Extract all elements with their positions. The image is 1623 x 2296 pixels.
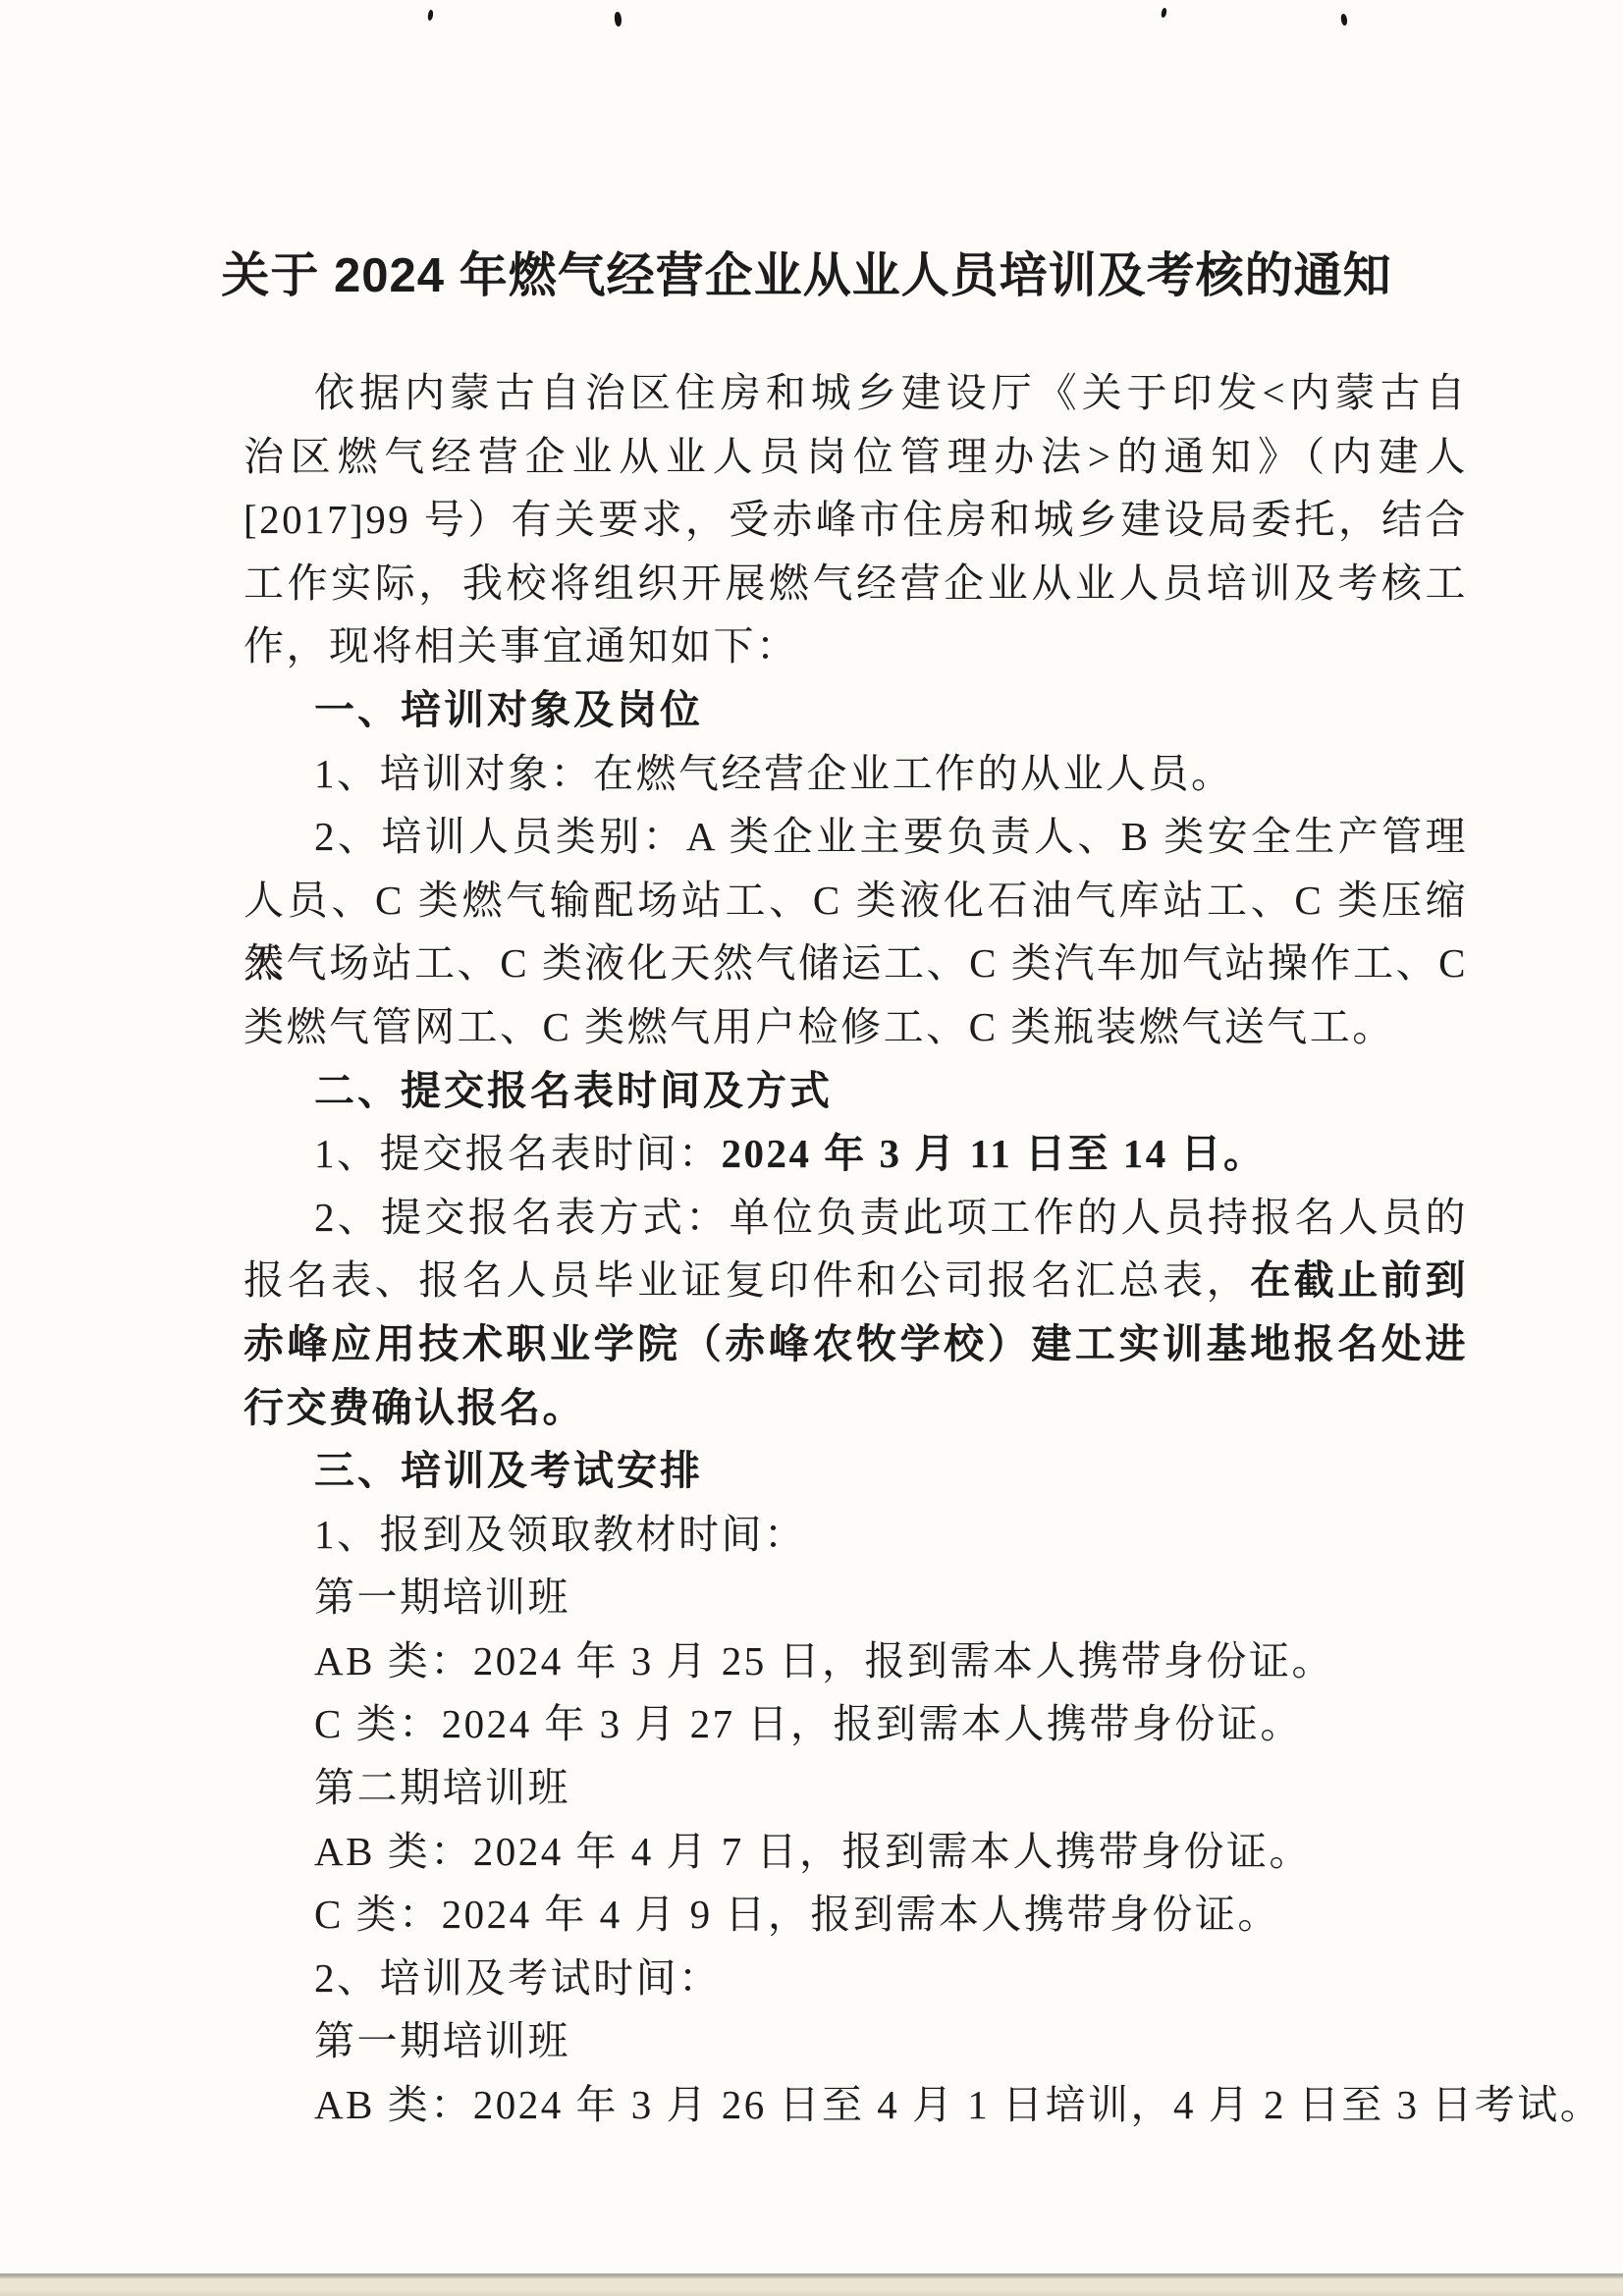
text-segment: 作，现将相关事宜通知如下：	[243, 623, 799, 668]
text-line-16: 赤峰应用技术职业学院（赤峰农牧学校）建工实训基地报名处进	[243, 1312, 1468, 1376]
text-segment: 行交费确认报名。	[243, 1385, 585, 1430]
text-line-17: 行交费确认报名。	[243, 1376, 1468, 1440]
text-line-18: 三、培训及考试安排	[243, 1439, 1468, 1503]
text-line-13: 1、提交报名表时间：2024 年 3 月 11 日至 14 日。	[243, 1122, 1468, 1186]
document-content: 关于 2024 年燃气经营企业从业人员培训及考核的通知 依据内蒙古自治区住房和城…	[0, 0, 1623, 2137]
text-segment: 一、培训对象及岗位	[314, 687, 703, 732]
document-body: 依据内蒙古自治区住房和城乡建设厅《关于印发<内蒙古自治区燃气经营企业从业人员岗位…	[243, 361, 1468, 2137]
text-segment: 1、报到及领取教材时间：	[314, 1512, 807, 1557]
text-segment: 工作实际，我校将组织开展燃气经营企业从业人员培训及考核工	[243, 561, 1468, 606]
text-line-8: 2、培训人员类别：A 类企业主要负责人、B 类安全生产管理	[243, 805, 1468, 869]
text-segment: 2、培训人员类别：A 类企业主要负责人、B 类安全生产管理	[314, 814, 1468, 859]
text-segment: 赤峰应用技术职业学院（赤峰农牧学校）建工实训基地报名处进	[243, 1321, 1468, 1366]
text-line-25: C 类：2024 年 4 月 9 日，报到需本人携带身份证。	[243, 1883, 1468, 1947]
text-segment: C 类：2024 年 3 月 27 日，报到需本人携带身份证。	[314, 1701, 1303, 1746]
text-line-3: [2017]99 号）有关要求，受赤峰市住房和城乡建设局委托，结合	[243, 488, 1468, 552]
text-line-14: 2、提交报名表方式：单位负责此项工作的人员持报名人员的	[243, 1186, 1468, 1250]
text-line-1: 依据内蒙古自治区住房和城乡建设厅《关于印发<内蒙古自	[243, 361, 1468, 425]
text-line-28: AB 类：2024 年 3 月 26 日至 4 月 1 日培训，4 月 2 日至…	[243, 2073, 1468, 2137]
text-line-23: 第二期培训班	[243, 1756, 1468, 1820]
text-segment: 类燃气管网工、C 类燃气用户检修工、C 类瓶装燃气送气工。	[243, 1004, 1395, 1049]
text-segment: 1、培训对象：在燃气经营企业工作的从业人员。	[314, 751, 1234, 796]
text-line-26: 2、培训及考试时间：	[243, 1947, 1468, 2010]
text-segment: 2、提交报名表方式：单位负责此项工作的人员持报名人员的	[314, 1195, 1468, 1240]
text-segment: 治区燃气经营企业从业人员岗位管理办法>的通知》（内建人	[243, 434, 1468, 479]
text-line-21: AB 类：2024 年 3 月 25 日，报到需本人携带身份证。	[243, 1629, 1468, 1693]
text-segment: 2、培训及考试时间：	[314, 1955, 722, 2001]
scanned-notice-page: 关于 2024 年燃气经营企业从业人员培训及考核的通知 依据内蒙古自治区住房和城…	[0, 0, 1623, 2296]
text-line-9: 人员、C 类燃气输配场站工、C 类液化石油气库站工、C 类压缩天	[243, 869, 1468, 933]
text-segment: C 类：2024 年 4 月 9 日，报到需本人携带身份证。	[314, 1892, 1280, 1937]
text-segment: 第一期培训班	[314, 2018, 570, 2063]
text-line-10: 然气场站工、C 类液化天然气储运工、C 类汽车加气站操作工、C	[243, 932, 1468, 995]
text-segment: 1、提交报名表时间：	[314, 1131, 722, 1176]
text-segment: 然气场站工、C 类液化天然气储运工、C 类汽车加气站操作工、C	[243, 940, 1468, 986]
text-line-24: AB 类：2024 年 4 月 7 日，报到需本人携带身份证。	[243, 1820, 1468, 1884]
text-line-11: 类燃气管网工、C 类燃气用户检修工、C 类瓶装燃气送气工。	[243, 995, 1468, 1059]
text-line-6: 一、培训对象及岗位	[243, 678, 1468, 742]
text-line-2: 治区燃气经营企业从业人员岗位管理办法>的通知》（内建人	[243, 425, 1468, 489]
text-segment: 在截止前到	[1250, 1257, 1468, 1303]
text-segment: AB 类：2024 年 3 月 25 日，报到需本人携带身份证。	[314, 1638, 1334, 1683]
text-segment: 报名表、报名人员毕业证复印件和公司报名汇总表，	[243, 1257, 1250, 1303]
text-segment: AB 类：2024 年 4 月 7 日，报到需本人携带身份证。	[314, 1829, 1312, 1874]
page-bottom-edge	[0, 2273, 1623, 2296]
text-line-27: 第一期培训班	[243, 2009, 1468, 2073]
text-segment: 二、提交报名表时间及方式	[314, 1068, 833, 1113]
text-segment: 2024 年 3 月 11 日至 14 日。	[722, 1131, 1267, 1176]
text-segment: 第一期培训班	[314, 1575, 570, 1620]
text-segment: 第二期培训班	[314, 1765, 570, 1810]
text-line-5: 作，现将相关事宜通知如下：	[243, 614, 1468, 678]
text-segment: AB 类：2024 年 3 月 26 日至 4 月 1 日培训，4 月 2 日至…	[314, 2082, 1602, 2127]
page-title: 关于 2024 年燃气经营企业从业人员培训及考核的通知	[194, 234, 1419, 318]
text-line-4: 工作实际，我校将组织开展燃气经营企业从业人员培训及考核工	[243, 552, 1468, 615]
text-line-12: 二、提交报名表时间及方式	[243, 1059, 1468, 1123]
text-line-15: 报名表、报名人员毕业证复印件和公司报名汇总表，在截止前到	[243, 1249, 1468, 1312]
text-line-19: 1、报到及领取教材时间：	[243, 1503, 1468, 1567]
text-segment: [2017]99 号）有关要求，受赤峰市住房和城乡建设局委托，结合	[243, 497, 1468, 542]
text-segment: 三、培训及考试安排	[314, 1448, 703, 1493]
text-segment: 依据内蒙古自治区住房和城乡建设厅《关于印发<内蒙古自	[314, 370, 1468, 415]
text-line-22: C 类：2024 年 3 月 27 日，报到需本人携带身份证。	[243, 1692, 1468, 1756]
text-line-20: 第一期培训班	[243, 1566, 1468, 1629]
text-line-7: 1、培训对象：在燃气经营企业工作的从业人员。	[243, 742, 1468, 806]
